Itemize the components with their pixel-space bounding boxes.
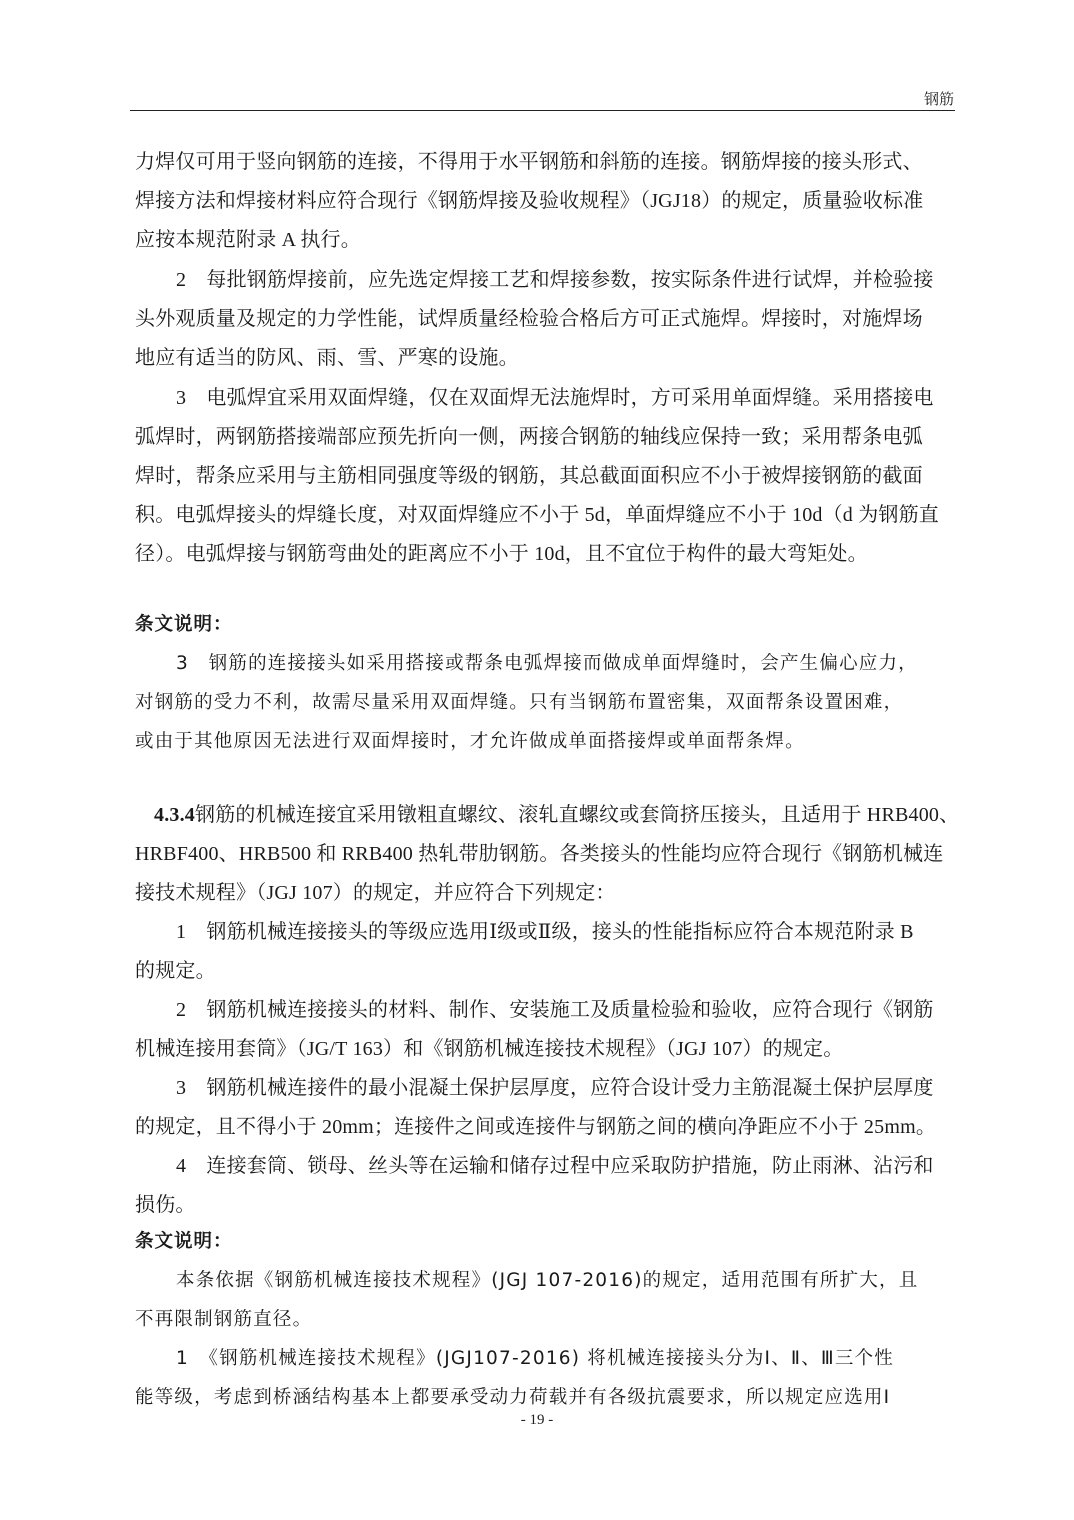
text-line: 3 电弧焊宜采用双面焊缝，仅在双面焊无法施焊时，方可采用单面焊缝。采用搭接电 xyxy=(176,386,956,410)
text-line: 的规定。 xyxy=(135,959,955,983)
text-line: 弧焊时，两钢筋搭接端部应预先折向一侧，两接合钢筋的轴线应保持一致；采用帮条电弧 xyxy=(135,425,955,449)
explanation-line: 3 钢筋的连接接头如采用搭接或帮条电弧焊接而做成单面焊缝时，会产生偏心应力， xyxy=(176,652,956,676)
explanation-line: 本条依据《钢筋机械连接技术规程》(JGJ 107-2016)的规定，适用范围有所… xyxy=(176,1269,956,1293)
text-line: 焊时，帮条应采用与主筋相同强度等级的钢筋，其总截面面积应不小于被焊接钢筋的截面 xyxy=(135,464,955,488)
explanation-line: 或由于其他原因无法进行双面焊接时，才允许做成单面搭接焊或单面帮条焊。 xyxy=(135,730,955,754)
text-line: 4 连接套筒、锁母、丝头等在运输和储存过程中应采取防护措施，防止雨淋、沾污和 xyxy=(176,1154,956,1178)
explanation-heading: 条文说明： xyxy=(135,613,955,637)
clause-number: 4.3.4 xyxy=(154,804,195,826)
explanation-line: 能等级，考虑到桥涵结构基本上都要承受动力荷载并有各级抗震要求，所以规定应选用Ⅰ xyxy=(135,1386,955,1410)
explanation-line: 对钢筋的受力不利，故需尽量采用双面焊缝。只有当钢筋布置密集，双面帮条设置困难， xyxy=(135,691,955,715)
text-line: 2 每批钢筋焊接前，应先选定焊接工艺和焊接参数，按实际条件进行试焊，并检验接 xyxy=(176,268,956,292)
text-line: 积。电弧焊接头的焊缝长度，对双面焊缝应不小于 5d，单面焊缝应不小于 10d（d… xyxy=(135,503,955,527)
page-number: - 19 - xyxy=(0,1412,1074,1429)
text-line: 损伤。 xyxy=(135,1193,955,1217)
clause-heading-line: 4.3.4钢筋的机械连接宜采用镦粗直螺纹、滚轧直螺纹或套筒挤压接头，且适用于 H… xyxy=(154,803,954,827)
text-line: 头外观质量及规定的力学性能，试焊质量经检验合格后方可正式施焊。焊接时，对施焊场 xyxy=(135,307,955,331)
text-line: 地应有适当的防风、雨、雪、严寒的设施。 xyxy=(135,346,955,370)
text-line: 应按本规范附录 A 执行。 xyxy=(135,228,955,252)
text-line: 力焊仅可用于竖向钢筋的连接，不得用于水平钢筋和斜筋的连接。钢筋焊接的接头形式、 xyxy=(135,150,955,174)
document-page: 钢筋 力焊仅可用于竖向钢筋的连接，不得用于水平钢筋和斜筋的连接。钢筋焊接的接头形… xyxy=(0,0,1074,1520)
header-rule xyxy=(130,110,955,111)
text-line: 的规定，且不得小于 20mm；连接件之间或连接件与钢筋之间的横向净距应不小于 2… xyxy=(135,1115,955,1139)
text-line: 3 钢筋机械连接件的最小混凝土保护层厚度，应符合设计受力主筋混凝土保护层厚度 xyxy=(176,1076,956,1100)
running-header-title: 钢筋 xyxy=(924,88,954,109)
explanation-heading: 条文说明： xyxy=(135,1230,955,1254)
text-line: 机械连接用套筒》（JG/T 163）和《钢筋机械连接技术规程》（JGJ 107）… xyxy=(135,1037,955,1061)
text-line: 接技术规程》（JGJ 107）的规定，并应符合下列规定： xyxy=(135,881,955,905)
text-line: 径）。电弧焊接与钢筋弯曲处的距离应不小于 10d，且不宜位于构件的最大弯矩处。 xyxy=(135,542,955,566)
explanation-line: 不再限制钢筋直径。 xyxy=(135,1308,955,1332)
text-line: 1 钢筋机械连接接头的等级应选用Ⅰ级或Ⅱ级，接头的性能指标应符合本规范附录 B xyxy=(176,920,956,944)
text-line: 焊接方法和焊接材料应符合现行《钢筋焊接及验收规程》（JGJ18）的规定，质量验收… xyxy=(135,189,955,213)
clause-text: 钢筋的机械连接宜采用镦粗直螺纹、滚轧直螺纹或套筒挤压接头，且适用于 HRB400… xyxy=(195,804,959,826)
text-line: 2 钢筋机械连接接头的材料、制作、安装施工及质量检验和验收，应符合现行《钢筋 xyxy=(176,998,956,1022)
explanation-line: 1 《钢筋机械连接技术规程》(JGJ107-2016) 将机械连接接头分为Ⅰ、Ⅱ… xyxy=(176,1347,956,1371)
text-line: HRBF400、HRB500 和 RRB400 热轧带肋钢筋。各类接头的性能均应… xyxy=(135,842,955,866)
